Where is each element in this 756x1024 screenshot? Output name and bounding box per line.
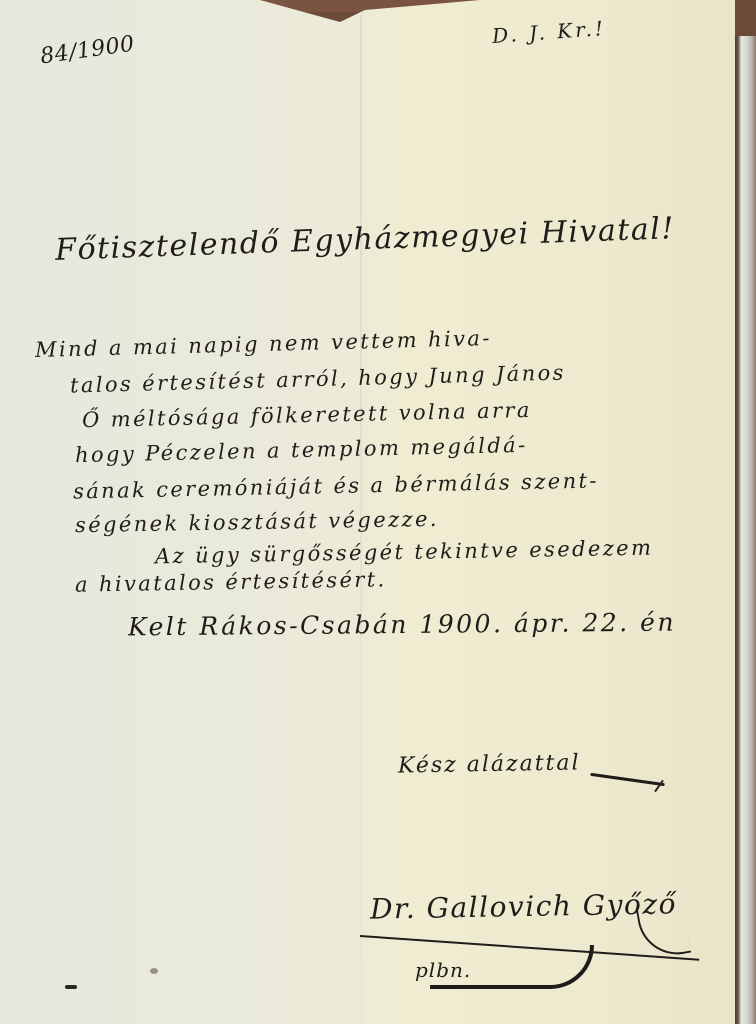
paper-stack-edge	[735, 36, 756, 1024]
paper-stain	[150, 968, 158, 974]
closing: Kész alázattal	[398, 750, 581, 778]
ink-blot	[65, 985, 77, 989]
signature-title: plbn.	[415, 958, 471, 982]
signature: Dr. Gallovich Győző	[370, 887, 677, 925]
dateline: Kelt Rákos-Csabán 1900. ápr. 22. én	[128, 608, 676, 642]
